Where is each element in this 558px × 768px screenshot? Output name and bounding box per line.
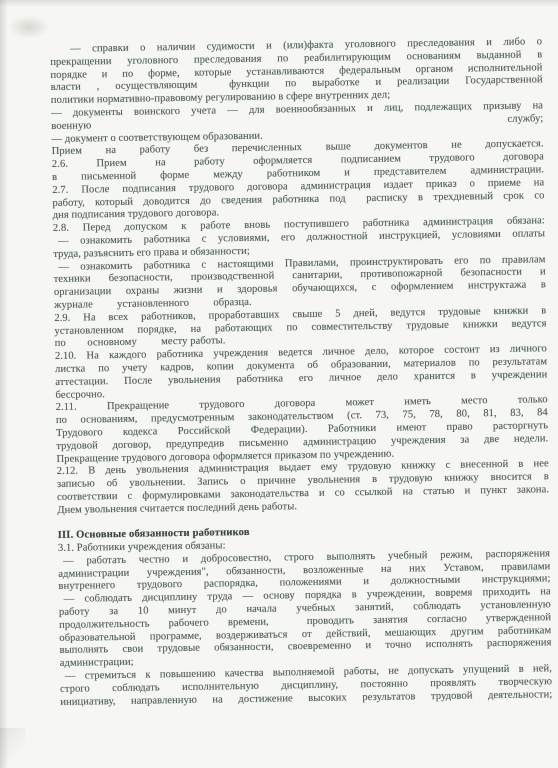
scan-corner-shade xyxy=(0,728,26,768)
scan-smudge xyxy=(8,15,50,39)
text-block: — справки о наличии судимости и (или)фак… xyxy=(50,36,552,709)
scan-edge-top xyxy=(0,0,558,7)
scan-edge-left xyxy=(0,0,8,768)
scanned-page: — справки о наличии судимости и (или)фак… xyxy=(0,0,558,768)
